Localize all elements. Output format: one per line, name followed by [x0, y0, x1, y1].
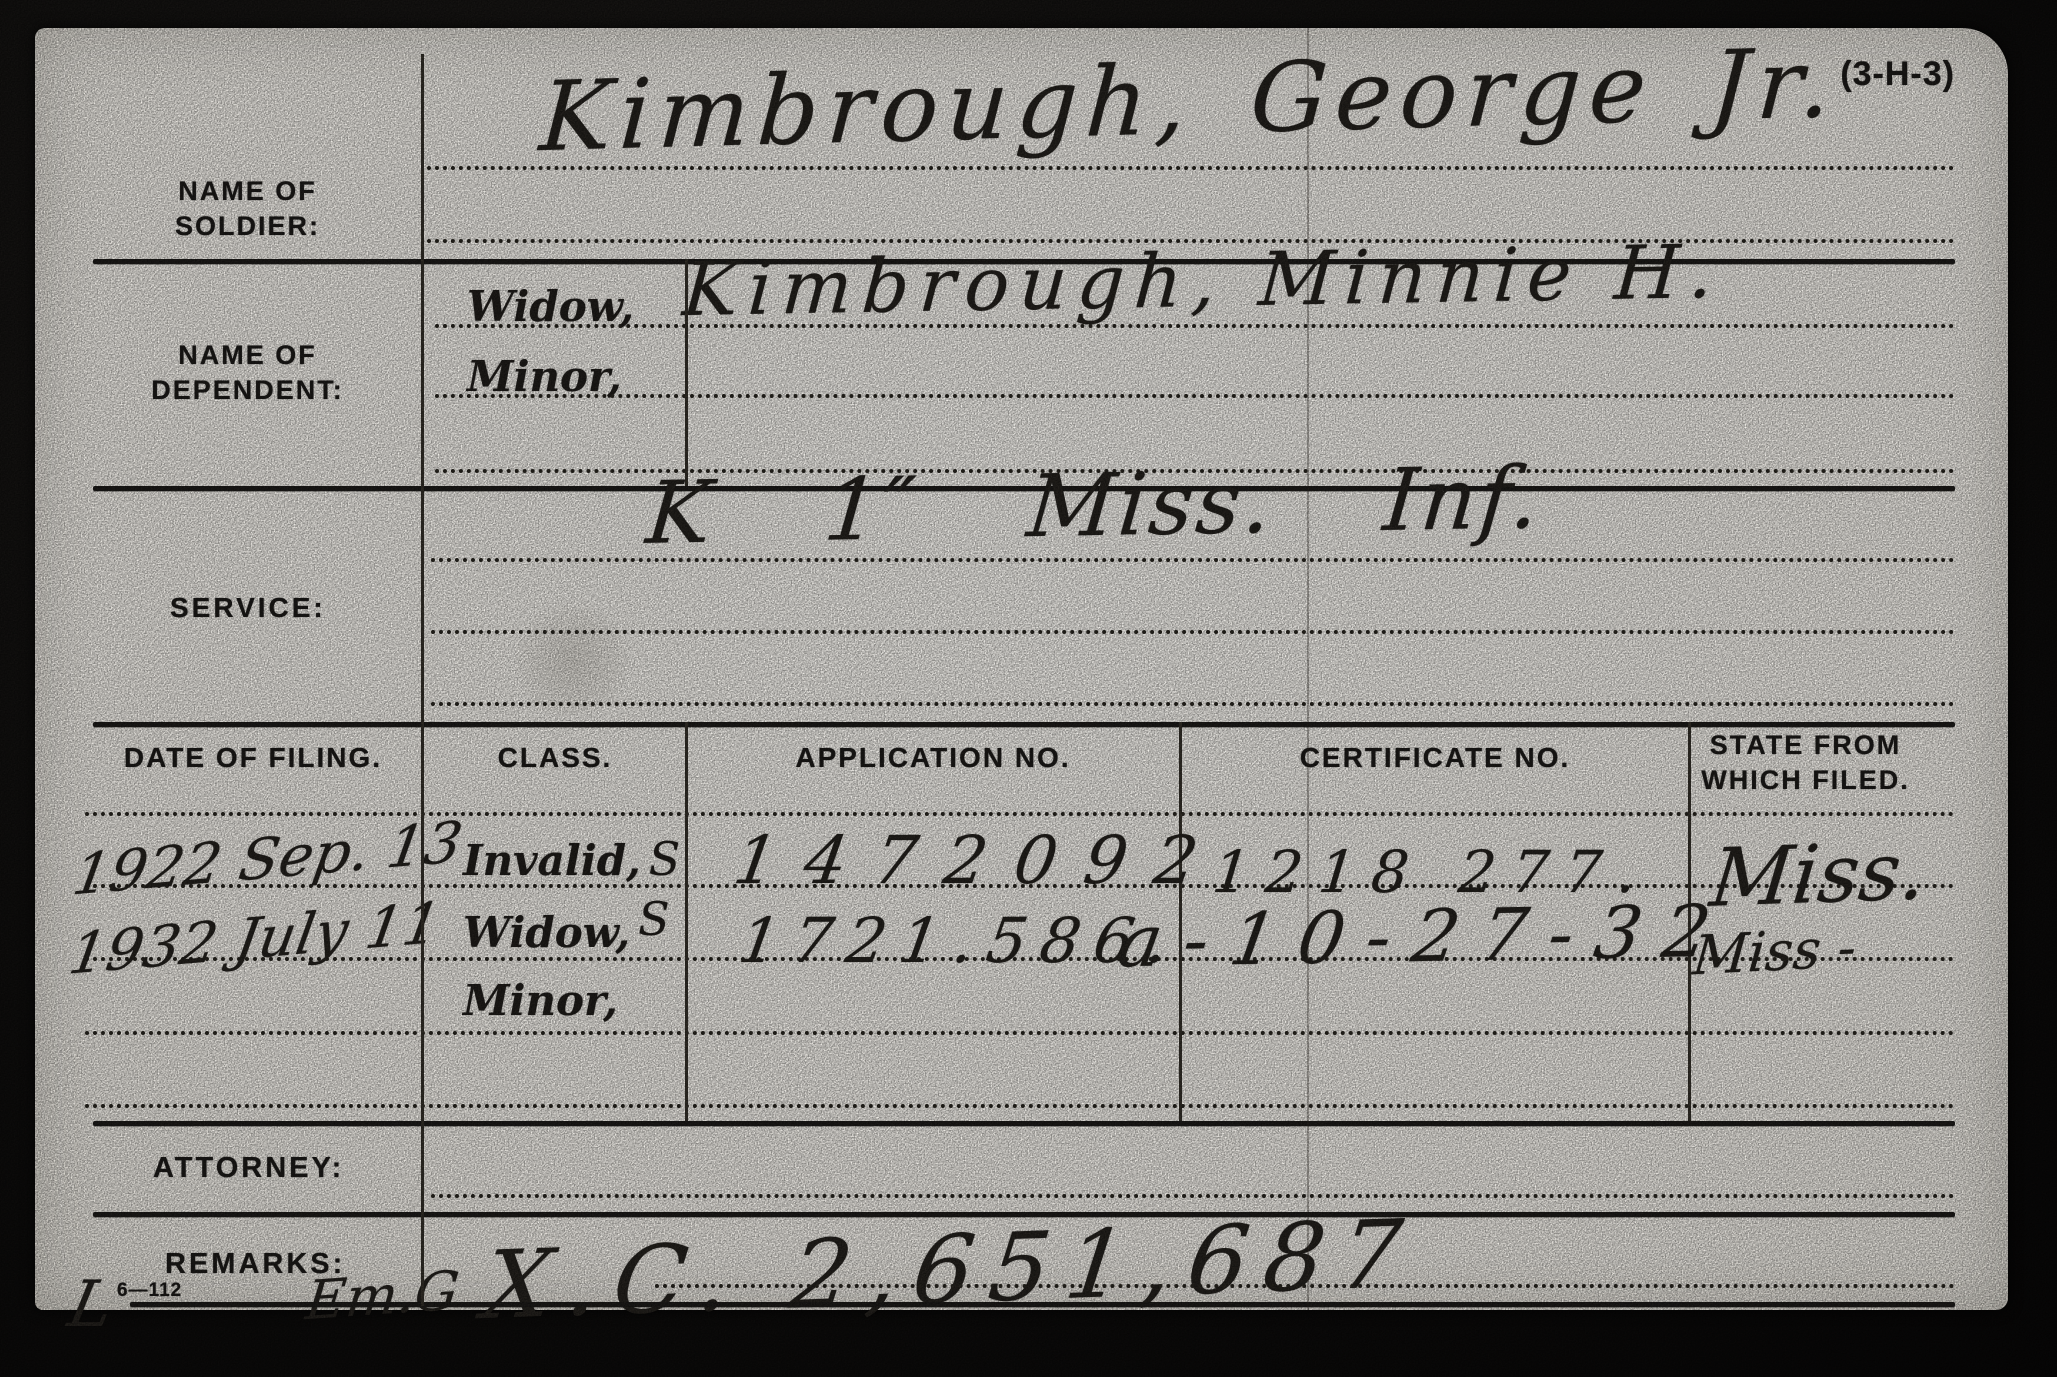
soldier-name-value: Kimbrough, George Jr. — [537, 27, 1842, 173]
row1-class-label: Invalid, — [463, 836, 641, 885]
remarks-line — [655, 1284, 1955, 1288]
service-line-3 — [431, 702, 1955, 706]
service-line-1 — [431, 558, 1955, 562]
remarks-left-mark: L — [62, 1268, 120, 1342]
row1-class-note: S — [649, 832, 681, 886]
row2-certificate-no: a-10-27-32 — [1112, 889, 1738, 984]
dependent-label: NAME OF DEPENDENT: — [130, 338, 365, 408]
service-value: K 1″ Miss. Inf. — [643, 448, 1546, 564]
clerk-initials-mark: Em.G — [303, 1259, 462, 1332]
row2-class-label: Widow, — [463, 908, 630, 957]
pension-index-card: (3-H-3) NAME OF SOLDIER: Kimbrough, Geor… — [35, 28, 2008, 1310]
form-number: 6—112 — [117, 1279, 182, 1304]
row1-class: Invalid,S — [463, 832, 680, 886]
table-header-line — [85, 812, 1955, 816]
row1-application-no: 1472092 — [729, 822, 1231, 899]
row1-state: Miss. — [1706, 824, 1931, 925]
attorney-line — [431, 1194, 1955, 1198]
divider-service-table — [93, 722, 1955, 727]
dependent-sub-divider — [685, 259, 688, 488]
card-bottom-rule — [130, 1302, 1955, 1307]
paper-smudge — [515, 603, 630, 718]
row3-class-label: Minor, — [463, 976, 618, 1025]
row2-class-note: S — [638, 892, 670, 946]
table-divider-class — [685, 722, 688, 1121]
header-date-of-filing: DATE OF FILING. — [83, 740, 423, 776]
remarks-value: X.C. 2,651,687 — [478, 1200, 1424, 1341]
minor-line — [435, 394, 1955, 398]
card-fold-line — [1307, 28, 1309, 1310]
divider-table-attorney — [93, 1121, 1955, 1126]
header-state-from-which-filed: STATE FROM WHICH FILED. — [1693, 728, 1918, 798]
soldier-line-1 — [427, 166, 1955, 170]
scanned-pension-card: (3-H-3) NAME OF SOLDIER: Kimbrough, Geor… — [0, 0, 2057, 1377]
header-class: CLASS. — [425, 740, 685, 776]
service-line-2 — [431, 630, 1955, 634]
header-application-no: APPLICATION NO. — [687, 740, 1179, 776]
table-row3-line — [85, 1031, 1955, 1035]
row2-state: Miss - — [1690, 916, 1859, 988]
row2-date-of-filing: 1932 July 11 — [64, 890, 445, 987]
table-row4-line — [85, 1104, 1955, 1108]
header-certificate-no: CERTIFICATE NO. — [1181, 740, 1689, 776]
row2-class: Widow,S — [463, 904, 670, 958]
attorney-label: ATTORNEY: — [153, 1150, 344, 1188]
widow-name-value: Kimbrough, Minnie H. — [680, 229, 1726, 333]
main-vertical-rule — [421, 54, 424, 1306]
soldier-label: NAME OF SOLDIER: — [140, 174, 355, 244]
service-label: SERVICE: — [170, 590, 326, 626]
row3-class: Minor, — [463, 976, 618, 1025]
widow-line — [435, 324, 1955, 328]
